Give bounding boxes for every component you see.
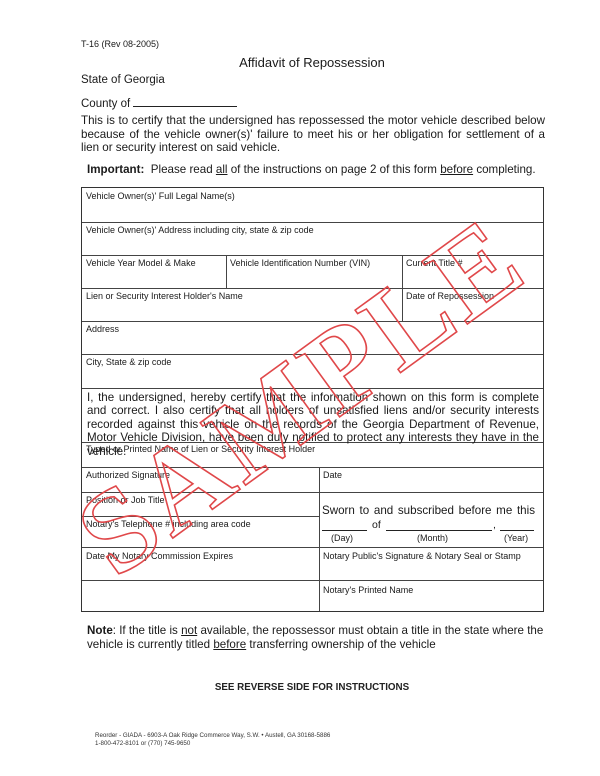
intro-paragraph: This is to certify that the undersigned … [81,114,545,155]
notary-phone-field[interactable]: Notary's Telephone # including area code [86,519,251,529]
lienholder-name-field[interactable]: Lien or Security Interest Holder's Name [86,291,243,301]
owner-address-field[interactable]: Vehicle Owner(s)' Address including city… [86,225,314,235]
reorder-info: Reorder - GIADA - 6903-A Oak Ridge Comme… [95,732,330,748]
typed-name-field[interactable]: Typed or Printed Name of Lien or Securit… [86,444,315,454]
note-before: before [213,638,246,651]
county-field[interactable] [133,95,237,107]
form-number: T-16 (Rev 08-2005) [81,39,159,49]
note-label: Note [87,624,113,637]
notary-printed-name-field[interactable]: Notary's Printed Name [323,585,413,595]
county-label: County of [81,98,130,110]
day-label: (Day) [331,533,353,543]
month-field[interactable] [386,520,492,531]
note-text: transferring ownership of the vehicle [249,638,435,651]
note-not: not [181,624,197,637]
reorder-phone: 1-800-472-8101 or (770) 745-9650 [95,740,330,748]
important-before: before [440,163,473,176]
comma: , [493,519,496,531]
year-label: (Year) [504,533,528,543]
authorized-signature-field[interactable]: Authorized Signature [86,470,170,480]
county-line: County of [81,95,237,110]
notary-signature-field[interactable]: Notary Public's Signature & Notary Seal … [323,551,521,561]
reorder-address: Reorder - GIADA - 6903-A Oak Ridge Comme… [95,732,330,740]
important-text: completing. [476,163,535,176]
year-model-make-field[interactable]: Vehicle Year Model & Make [86,258,196,268]
day-field[interactable] [322,520,367,531]
year-field[interactable] [500,520,534,531]
see-reverse-side: SEE REVERSE SIDE FOR INSTRUCTIONS [0,682,600,693]
date-of-repossession-field[interactable]: Date of Repossession [406,291,494,301]
state-label: State of Georgia [81,74,165,86]
important-text: Please read [151,163,213,176]
sworn-statement: Sworn to and subscribed before me this [322,504,535,518]
vin-field[interactable]: Vehicle Identification Number (VIN) [230,258,370,268]
note-text: : If the title is [113,624,178,637]
important-text: of the instructions on page 2 of this fo… [231,163,437,176]
date-field[interactable]: Date [323,470,342,480]
of-label: of [372,519,381,531]
position-field[interactable]: Position or Job Title [86,495,165,505]
note-paragraph: Note: If the title is not available, the… [87,624,547,652]
address-field[interactable]: Address [86,324,119,334]
important-all: all [216,163,228,176]
owner-name-field[interactable]: Vehicle Owner(s)' Full Legal Name(s) [86,191,235,201]
document-title: Affidavit of Repossession [0,55,600,70]
important-notice: Important: Please read all of the instru… [87,163,536,176]
notary-commission-expires-field[interactable]: Date My Notary Commission Expires [86,551,233,561]
important-label: Important: [87,163,144,176]
city-state-zip-field[interactable]: City, State & zip code [86,357,171,367]
affidavit-form-table: Vehicle Owner(s)' Full Legal Name(s) Veh… [81,187,544,612]
current-title-field[interactable]: Current Title # [406,258,463,268]
month-label: (Month) [417,533,448,543]
